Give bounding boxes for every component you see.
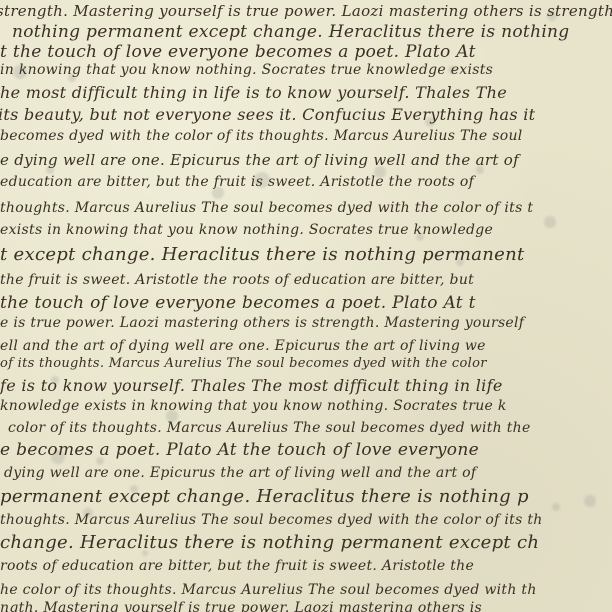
handwritten-line: t except change. Heraclitus there is not… bbox=[0, 244, 525, 265]
handwritten-line: education are bitter, but the fruit is s… bbox=[0, 174, 474, 190]
handwritten-line: knowledge exists in knowing that you kno… bbox=[0, 398, 507, 414]
handwritten-line: he color of its thoughts. Marcus Aureliu… bbox=[0, 582, 537, 598]
handwritten-line: roots of education are bitter, but the f… bbox=[0, 558, 474, 574]
handwritten-line: color of its thoughts. Marcus Aurelius T… bbox=[8, 420, 531, 436]
handwritten-text-block: strength. Mastering yourself is true pow… bbox=[0, 0, 612, 612]
handwritten-line: permanent except change. Heraclitus ther… bbox=[0, 486, 529, 507]
handwritten-line: change. Heraclitus there is nothing perm… bbox=[0, 532, 539, 553]
handwritten-line: nothing permanent except change. Heracli… bbox=[12, 22, 569, 42]
handwritten-line: he most difficult thing in life is to kn… bbox=[0, 83, 507, 102]
handwritten-line: in knowing that you know nothing. Socrat… bbox=[0, 62, 493, 78]
handwritten-line: e dying well are one. Epicurus the art o… bbox=[0, 151, 519, 169]
handwritten-line: of its thoughts. Marcus Aurelius The sou… bbox=[0, 356, 487, 371]
handwritten-line: thoughts. Marcus Aurelius The soul becom… bbox=[0, 512, 543, 528]
handwritten-line: e becomes a poet. Plato At the touch of … bbox=[0, 440, 479, 460]
handwritten-line: ngth. Mastering yourself is true power. … bbox=[0, 600, 482, 612]
handwritten-line: the touch of love everyone becomes a poe… bbox=[0, 293, 476, 313]
handwritten-line: strength. Mastering yourself is true pow… bbox=[0, 2, 612, 20]
handwritten-line: fe is to know yourself. Thales The most … bbox=[0, 376, 503, 395]
handwritten-line: ell and the art of dying well are one. E… bbox=[0, 338, 486, 354]
handwritten-line: becomes dyed with the color of its thoug… bbox=[0, 128, 523, 144]
handwritten-line: t the touch of love everyone becomes a p… bbox=[0, 42, 476, 62]
handwritten-line: e is true power. Laozi mastering others … bbox=[0, 315, 524, 331]
handwritten-line: thoughts. Marcus Aurelius The soul becom… bbox=[0, 200, 533, 216]
handwritten-line: the fruit is sweet. Aristotle the roots … bbox=[0, 272, 474, 288]
handwritten-line: exists in knowing that you know nothing.… bbox=[0, 222, 493, 238]
handwritten-line: its beauty, but not everyone sees it. Co… bbox=[0, 105, 535, 124]
handwritten-line: dying well are one. Epicurus the art of … bbox=[4, 465, 476, 481]
